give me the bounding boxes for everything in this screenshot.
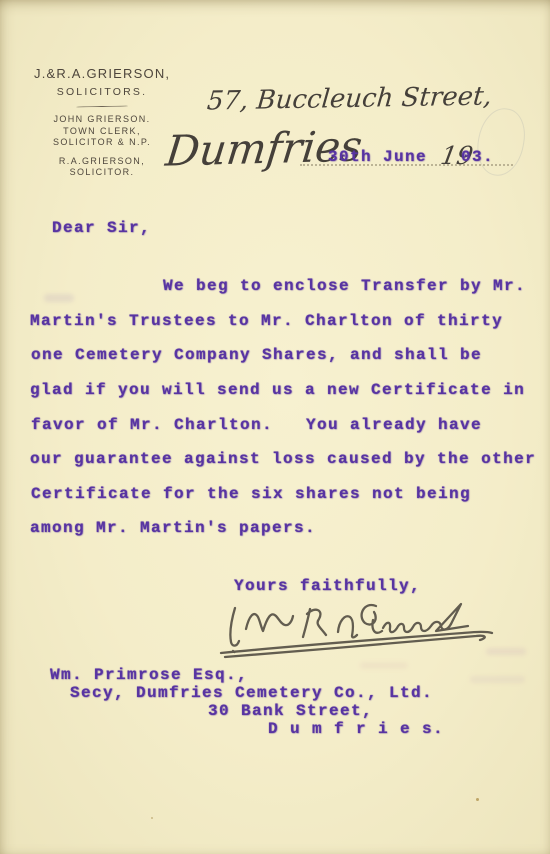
body-line: glad if you will send us a new Certifica… [30,381,525,399]
paper-speck [151,817,153,819]
letterhead-staff-line: SOLICITOR. [34,167,170,179]
body-line: our guarantee against loss caused by the… [30,450,536,468]
signature-strokes [221,604,492,657]
letterhead-firm-role: SOLICITORS. [34,86,170,98]
letterhead-firm-block: J.&R.A.GRIERSON, SOLICITORS. JOHN GRIERS… [34,66,170,179]
body-line: favor of Mr. Charlton. You already have [31,416,482,434]
typed-year-overstrike: 03. [461,148,494,166]
letterhead-divider [76,105,128,107]
recipient-line: Secy, Dumfries Cemetery Co., Ltd. [70,684,433,702]
letter-page: J.&R.A.GRIERSON, SOLICITORS. JOHN GRIERS… [0,0,550,854]
body-line: one Cemetery Company Shares, and shall b… [31,346,482,364]
paper-speck [476,798,479,801]
letterhead-staff-line: TOWN CLERK, [34,126,170,138]
recipient-line: D u m f r i e s. [268,720,444,738]
body-line: Certificate for the six shares not being [31,485,471,503]
signature-handwriting [213,590,518,668]
body-line: Martin's Trustees to Mr. Charlton of thi… [30,312,503,330]
letterhead-firm-name: J.&R.A.GRIERSON, [34,66,170,81]
body-line: We beg to enclose Transfer by Mr. [163,277,526,295]
letterhead-staff-line: JOHN GRIERSON. [34,114,170,126]
ink-smudge [44,294,74,302]
body-line: among Mr. Martin's papers. [30,519,316,537]
recipient-line: 30 Bank Street, [208,702,373,720]
recipient-line: Wm. Primrose Esq., [50,666,248,684]
salutation: Dear Sir, [52,219,151,237]
show-through-mark [470,676,525,683]
typed-date: 30th June [328,148,427,166]
letterhead-staff-line: SOLICITOR & N.P. [34,137,170,149]
letterhead-staff-line: R.A.GRIERSON, [34,156,170,168]
ghost-pencil-mark [472,105,529,180]
letterhead-street-script: 57, Buccleuch Street, [206,81,493,116]
